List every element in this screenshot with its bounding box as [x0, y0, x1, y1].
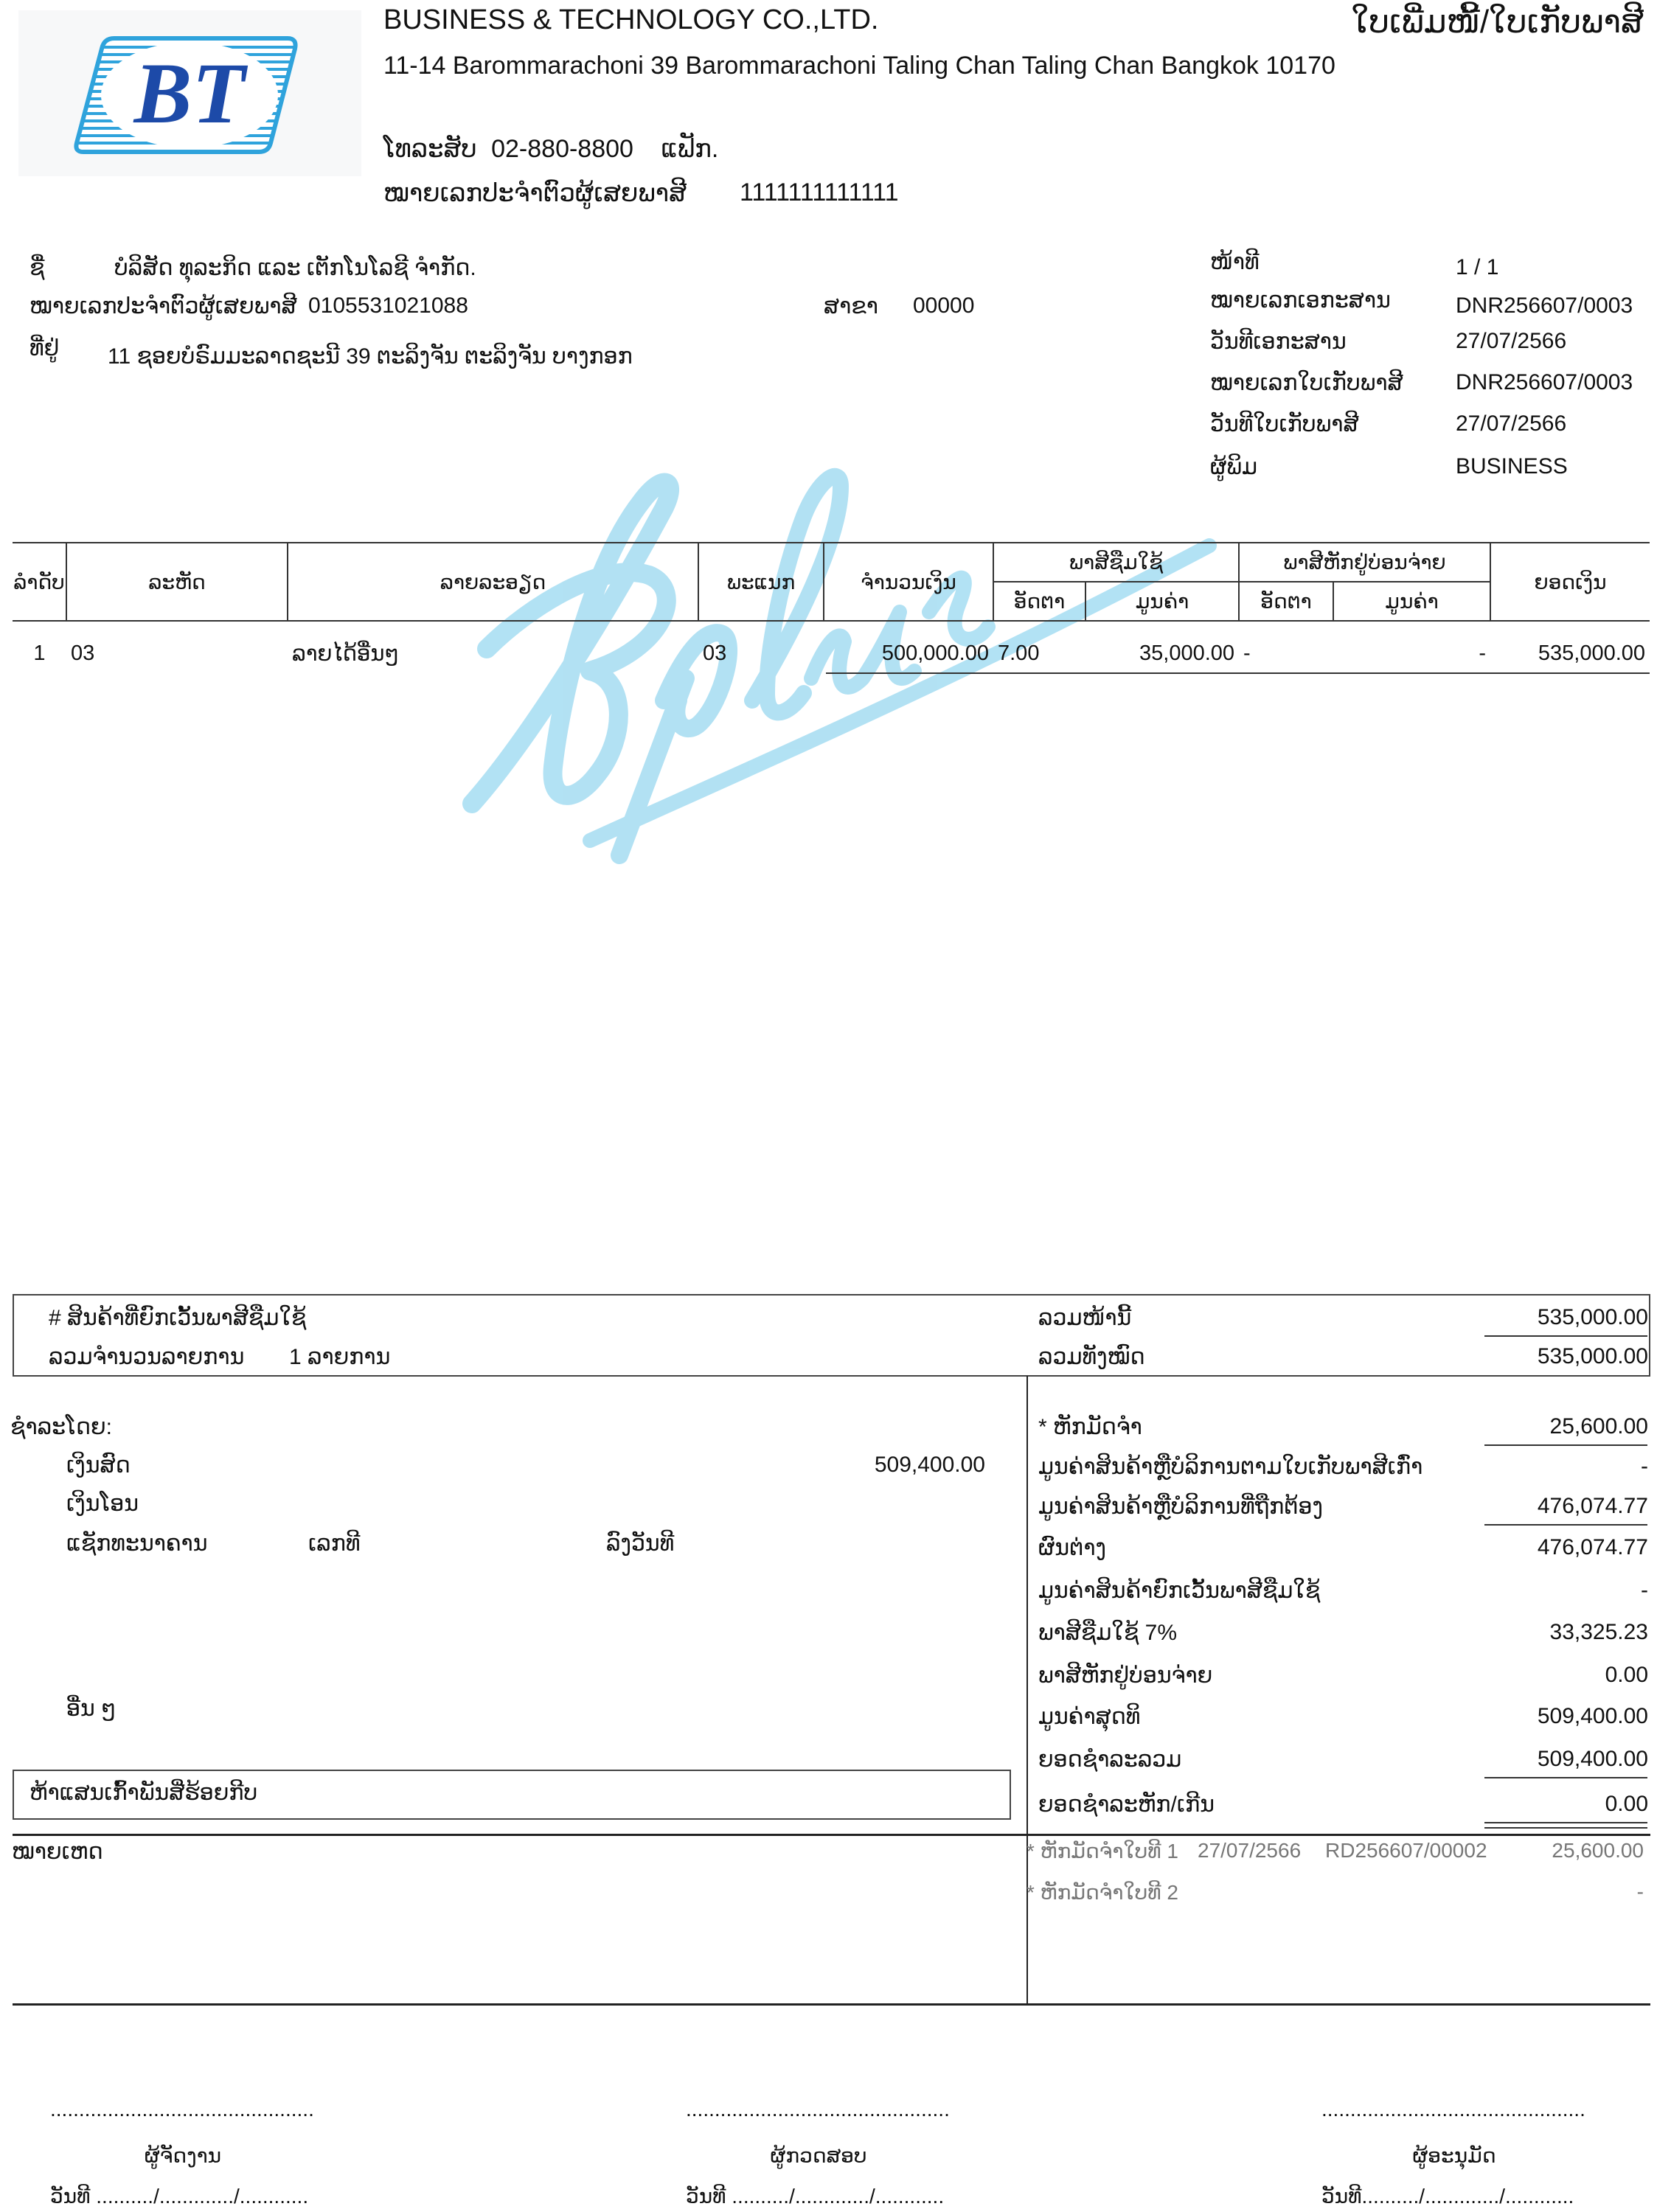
- doc-info-label: ຜູ້ພິມ: [1210, 454, 1257, 480]
- customer-name-label: ຊື່: [29, 255, 45, 281]
- cell-vat-rate: 7.00: [993, 621, 1085, 685]
- customer-branch: 00000: [913, 293, 974, 319]
- signature-block: ........................................…: [50, 2098, 316, 2208]
- cell-department: 03: [698, 621, 824, 685]
- signature-role: ຜູ້ຈັດງານ: [50, 2143, 316, 2168]
- cell-wht-value: -: [1333, 621, 1490, 685]
- signature-block: ........................................…: [686, 2098, 951, 2208]
- signature-block: ........................................…: [1321, 2098, 1587, 2208]
- total-label: ມູນຄ່າສິນຄ້າຍົກເວັ້ນພາສີຊືມໃຊ້: [1038, 1578, 1320, 1604]
- cell-no: 1: [13, 621, 66, 685]
- item-count-label: ລວມຈຳນວນລາຍການ: [49, 1344, 244, 1370]
- document-title: ໃບເພີ່ມໜີ້/ໃບເກັບພາສີ: [1351, 3, 1644, 41]
- cell-vat-value: 35,000.00: [1085, 621, 1239, 685]
- total-underline: [1484, 1444, 1647, 1446]
- total-label: ມູນຄ່າສຸດທິ: [1038, 1704, 1140, 1730]
- item-count: 1 ລາຍການ: [289, 1344, 390, 1370]
- page-total: 535,000.00: [1538, 1305, 1648, 1330]
- page-total-label: ລວມໜ້ານີ້: [1038, 1305, 1131, 1331]
- header-code: ລະຫັດ: [66, 543, 288, 621]
- fax-label: ແຟັກ.: [661, 135, 718, 163]
- bt-logo-icon: BT: [18, 10, 361, 176]
- cash-amount: 509,400.00: [737, 1453, 985, 1478]
- doc-info-value: 1 / 1: [1456, 255, 1498, 280]
- phone-label: ໂທລະສັບ: [383, 135, 477, 163]
- total-value: 0.00: [1605, 1663, 1648, 1688]
- signature-date[interactable]: ວັນທີ........../............./..........…: [1321, 2184, 1587, 2208]
- company-tax-id-label: ໝາຍເລກປະຈຳຕົວຜູ້ເສຍພາສີ: [383, 178, 687, 208]
- total-value: 0.00: [1605, 1792, 1648, 1817]
- header-total: ຍອດເງິນ: [1490, 543, 1650, 621]
- amount-in-words: ຫ້າແສນເກົ້າພັນສີ່ຮ້ອຍກີບ: [29, 1780, 257, 1806]
- doc-info-label: ໝາຍເລກເອກະສານ: [1210, 288, 1391, 313]
- cheque-no-label: ເລກທີ: [308, 1531, 361, 1557]
- doc-info-value: 27/07/2566: [1456, 329, 1566, 354]
- company-name: BUSINESS & TECHNOLOGY CO.,LTD.: [383, 4, 879, 36]
- company-address: 11-14 Barommarachoni 39 Barommarachoni T…: [383, 52, 1335, 80]
- total-underline: [1484, 1777, 1647, 1778]
- total-underline: [1484, 1822, 1647, 1823]
- deposit-label: * ຫັກມັດຈຳໃບທີ 2: [1026, 1880, 1178, 1905]
- header-wht-rate: ອັດຕາ: [1239, 582, 1333, 621]
- total-value: 476,074.77: [1538, 1535, 1648, 1560]
- total-label: ຍອດຊຳລະຫັກ/ເກີນ: [1038, 1792, 1215, 1818]
- signature-role: ຜູ້ອະນຸມັດ: [1321, 2143, 1587, 2168]
- total-value: -: [1641, 1578, 1648, 1603]
- company-tax-id: 1111111111111: [740, 178, 899, 207]
- deposit-label: * ຫັກມັດຈຳໃບທີ 1: [1026, 1839, 1178, 1863]
- cheque-date-label: ລົງວັນທີ: [606, 1531, 674, 1557]
- signature-role: ຜູ້ກວດສອບ: [686, 2143, 951, 2168]
- table-row: 103ລາຍໄດ້ອື່ນໆ03500,000.007.0035,000.00-…: [13, 621, 1650, 685]
- signature-date[interactable]: ວັນທີ ........../............./.........…: [686, 2184, 951, 2208]
- cash-label: ເງິນສົດ: [66, 1453, 131, 1478]
- total-value: 509,400.00: [1538, 1747, 1648, 1772]
- column-divider: [1026, 1376, 1028, 2004]
- transfer-label: ເງິນໂອນ: [66, 1491, 139, 1517]
- customer-tax-id-label: ໝາຍເລກປະຈຳຕົວຜູ້ເສຍພາສີ: [29, 293, 297, 319]
- doc-info-value: DNR256607/0003: [1456, 370, 1633, 395]
- company-logo: BT: [18, 10, 361, 176]
- signature-date[interactable]: ວັນທີ ........../............./.........…: [50, 2184, 316, 2208]
- total-value: 476,074.77: [1538, 1494, 1648, 1519]
- cell-wht-rate: -: [1239, 621, 1333, 685]
- signature-line[interactable]: ........................................…: [1321, 2098, 1587, 2123]
- page-total-underline: [1484, 1335, 1647, 1337]
- total-value: 25,600.00: [1550, 1414, 1648, 1439]
- header-description: ລາຍລະອຽດ: [288, 543, 698, 621]
- total-label: ພາສີຊືມໃຊ້ 7%: [1038, 1620, 1177, 1646]
- grand-total-label: ລວມທັງໝົດ: [1038, 1344, 1145, 1370]
- header-wht-group: ພາສີຫັກຢູ່ບ່ອນຈ່າຍ: [1239, 543, 1490, 582]
- customer-branch-label: ສາຂາ: [824, 293, 878, 319]
- total-value: 509,400.00: [1538, 1704, 1648, 1729]
- total-value: 33,325.23: [1550, 1620, 1648, 1645]
- signature-line[interactable]: ........................................…: [686, 2098, 951, 2123]
- total-label: ຍອດຊຳລະລວມ: [1038, 1747, 1181, 1773]
- svg-text:BT: BT: [133, 45, 249, 142]
- items-total-underline: [826, 672, 1650, 674]
- customer-name: ບໍລິສັດ ທຸລະກິດ ແລະ ເຕັກໂນໂລຊີ ຈຳກັດ.: [114, 255, 476, 281]
- cell-total: 535,000.00: [1490, 621, 1650, 685]
- doc-info-label: ໝາຍເລກໃບເກັບພາສີ: [1210, 370, 1403, 396]
- doc-info-label: ໜ້າທີ: [1210, 249, 1260, 275]
- doc-info-label: ວັນທີໃບເກັບພາສີ: [1210, 411, 1359, 437]
- cheque-label: ແຊັກທະນາຄານ: [66, 1531, 207, 1557]
- other-payment-label: ອື່ນ ໆ: [66, 1696, 116, 1722]
- doc-info-label: ວັນທີເອກະສານ: [1210, 329, 1347, 355]
- bottom-separator: [13, 2003, 1650, 2006]
- doc-info-value: DNR256607/0003: [1456, 293, 1633, 319]
- deposit-date: 27/07/2566: [1198, 1839, 1301, 1863]
- header-amount: ຈຳນວນເງິນ: [824, 543, 993, 621]
- payment-title: ຊຳລະໂດຍ:: [10, 1414, 112, 1440]
- header-vat-value: ມູນຄ່າ: [1085, 582, 1239, 621]
- svg-text:Bplus: Bplus: [442, 457, 445, 458]
- total-label: ພາສີຫັກຢູ່ບ່ອນຈ່າຍ: [1038, 1663, 1212, 1688]
- total-label: ມູນຄ່າສິນຄ້າຫຼືບໍລິການຕາມໃບເກັບພາສີເກົ່າ: [1038, 1454, 1422, 1480]
- deposit-doc-no: RD256607/00002: [1325, 1839, 1487, 1863]
- header-vat-rate: ອັດຕາ: [993, 582, 1085, 621]
- total-underline: [1484, 1524, 1647, 1526]
- doc-info-value: 27/07/2566: [1456, 411, 1566, 437]
- deposit-amount: -: [1637, 1880, 1644, 1904]
- total-label: ຜົນຕ່າງ: [1038, 1535, 1106, 1561]
- deposit-amount: 25,600.00: [1552, 1839, 1644, 1863]
- phone-value: 02-880-8800: [491, 135, 633, 163]
- signature-line[interactable]: ........................................…: [50, 2098, 316, 2123]
- remark-label: ໝາຍເຫດ: [12, 1839, 103, 1865]
- total-underline: [1484, 1827, 1647, 1829]
- header-department: ພະແນກ: [698, 543, 824, 621]
- total-label: * ຫັກມັດຈຳ: [1038, 1414, 1142, 1440]
- customer-address: 11 ຊອຍບໍຣົມມະລາດຊະນີ 39 ຕະລິງຈັນ ຕະລິງຈັ…: [108, 344, 633, 369]
- total-value: -: [1641, 1454, 1648, 1479]
- doc-info-value: BUSINESS: [1456, 454, 1568, 479]
- customer-tax-id: 0105531021088: [308, 293, 468, 319]
- header-wht-value: ມູນຄ່າ: [1333, 582, 1490, 621]
- exempt-note: # ສິນຄ້າທີ່ຍົກເວັ້ນພາສີຊືມໃຊ້: [49, 1305, 306, 1331]
- grand-total: 535,000.00: [1538, 1344, 1648, 1369]
- customer-address-label: ທີ່ຢູ່: [29, 335, 59, 361]
- total-label: ມູນຄ່າສິນຄ້າຫຼືບໍລິການທີ່ຖືກຕ້ອງ: [1038, 1494, 1323, 1520]
- items-table: ລຳດັບ ລະຫັດ ລາຍລະອຽດ ພະແນກ ຈຳນວນເງິນ ພາສ…: [13, 542, 1650, 685]
- header-no: ລຳດັບ: [13, 543, 66, 621]
- company-phone-row: ໂທລະສັບ 02-880-8800 ແຟັກ.: [383, 134, 718, 164]
- cell-code: 03: [66, 621, 288, 685]
- cell-amount: 500,000.00: [824, 621, 993, 685]
- header-vat-group: ພາສີຊືມໃຊ້: [993, 543, 1239, 582]
- cell-description: ລາຍໄດ້ອື່ນໆ: [288, 621, 698, 685]
- remark-separator: [13, 1834, 1650, 1836]
